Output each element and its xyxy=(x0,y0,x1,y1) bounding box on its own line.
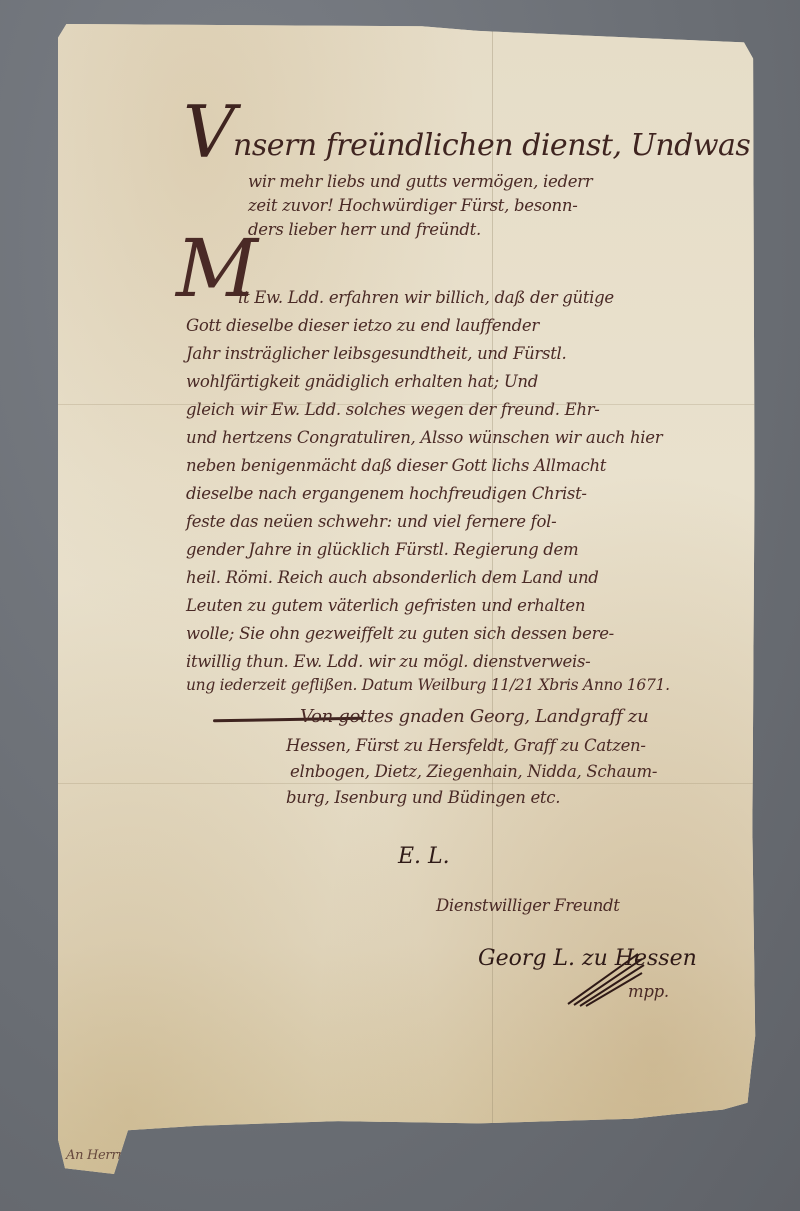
body-line-6: und hertzens Congratuliren, Alsso wünsch… xyxy=(186,428,662,447)
closing-title-line-2: Hessen, Fürst zu Hersfeldt, Graff zu Cat… xyxy=(286,736,646,755)
body-line-11: heil. Römi. Reich auch absonderlich dem … xyxy=(186,568,599,587)
address-fragment: An Herrn ... Bischoff zu Münster ... xyxy=(66,1148,287,1163)
opening-line-1: wir mehr liebs und gutts vermögen, ieder… xyxy=(248,172,592,191)
closing-title-line-4: burg, Isenburg und Büdingen etc. xyxy=(286,788,560,807)
salutation: nsern freündlichen dienst, Undwas xyxy=(233,128,750,163)
letter-page: V nsern freündlichen dienst, Undwas wir … xyxy=(58,24,758,1174)
abbreviation-el: E. L. xyxy=(398,844,450,869)
body-line-12: Leuten zu gutem väterlich gefristen und … xyxy=(186,596,585,615)
body-line-15-dateline: ung iederzeit geflißen. Datum Weilburg 1… xyxy=(186,676,670,694)
fold-crease-horizontal-lower xyxy=(58,783,758,784)
opening-line-3: ders lieber herr und freündt. xyxy=(248,220,481,239)
body-line-8: dieselbe nach ergangenem hochfreudigen C… xyxy=(186,484,587,503)
salutation-initial: V xyxy=(183,90,235,174)
body-line-2: Gott dieselbe dieser ietzo zu end lauffe… xyxy=(186,316,539,335)
valediction: Dienstwilliger Freundt xyxy=(436,896,620,915)
closing-title-line-1: Von gottes gnaden Georg, Landgraff zu xyxy=(300,706,648,727)
body-line-3: Jahr insträglicher leibsgesundtheit, und… xyxy=(186,344,566,363)
closing-title-line-3: elnbogen, Dietz, Ziegenhain, Nidda, Scha… xyxy=(290,762,657,781)
body-line-13: wolle; Sie ohn gezweiffelt zu guten sich… xyxy=(186,624,614,643)
signature-suffix: mpp. xyxy=(628,982,669,1001)
body-line-7: neben benigenmächt daß dieser Gott lichs… xyxy=(186,456,606,475)
body-line-14: itwillig thun. Ew. Ldd. wir zu mögl. die… xyxy=(186,652,590,671)
body-line-5: gleich wir Ew. Ldd. solches wegen der fr… xyxy=(186,400,600,419)
body-line-10: gender Jahre in glücklich Fürstl. Regier… xyxy=(186,540,578,559)
body-line-4: wohlfärtigkeit gnädiglich erhalten hat; … xyxy=(186,372,538,391)
body-line-9: feste das neüen schwehr: und viel ferner… xyxy=(186,512,556,531)
opening-line-2: zeit zuvor! Hochwürdiger Fürst, besonn- xyxy=(248,196,577,215)
body-line-1: it Ew. Ldd. erfahren wir billich, daß de… xyxy=(238,288,614,307)
